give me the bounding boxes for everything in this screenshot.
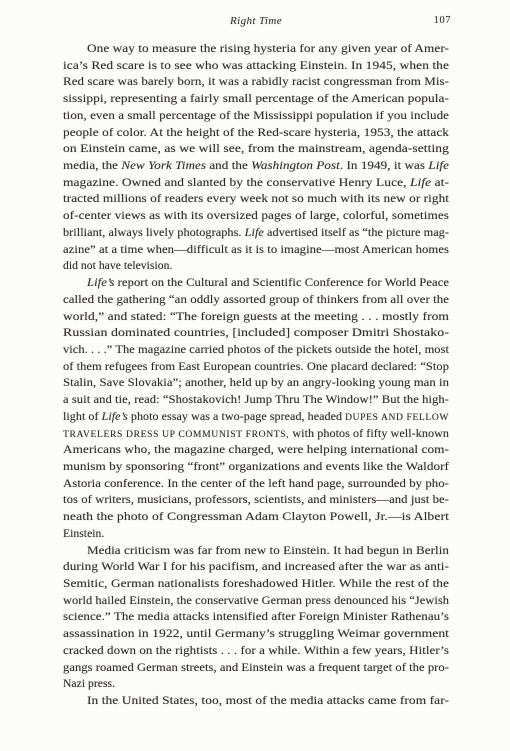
body-text: at- bbox=[431, 176, 449, 189]
italic-text: Life bbox=[410, 176, 431, 189]
text-line: Red scare was barely born, it was a rabi… bbox=[63, 74, 449, 91]
body-text: Nazi press. bbox=[63, 677, 115, 690]
text-line: people of color. At the height of the Re… bbox=[63, 125, 449, 142]
body-text: Media criticism was far from new to Eins… bbox=[87, 544, 449, 557]
text-line: during World War I for his pacifism, and… bbox=[63, 559, 449, 576]
page-header: Right Time 107 bbox=[63, 15, 449, 27]
body-text: tos of writers, musicians, professors, s… bbox=[63, 493, 449, 506]
text-line: vich. . . .” The magazine carried photos… bbox=[63, 342, 449, 359]
text-line: did not have television. bbox=[63, 258, 449, 275]
text-line: Americans who, the magazine charged, wer… bbox=[63, 442, 449, 459]
body-text: gangs roamed German streets, and Einstei… bbox=[63, 661, 449, 674]
body-text: during World War I for his pacifism, and… bbox=[63, 560, 449, 573]
body-text: a suit and tie, read: “Shostakovich! Jum… bbox=[63, 393, 449, 406]
body-text: Red scare was barely born, it was a rabi… bbox=[63, 75, 449, 88]
body-text: of them refugees from East European coun… bbox=[63, 360, 449, 373]
text-line: ica’s Red scare is to see who was attack… bbox=[63, 58, 449, 75]
body-text: . In 1949, it was bbox=[340, 159, 429, 172]
body-text: of-center views as with its oversized pa… bbox=[63, 209, 449, 222]
text-line: Einstein. bbox=[63, 526, 449, 543]
body-text: advertised itself as “the picture mag- bbox=[264, 226, 449, 239]
italic-text: Life’s bbox=[102, 410, 128, 423]
body-text: Russian dominated countries, [included] … bbox=[63, 326, 449, 339]
text-line: media, the New York Times and the Washin… bbox=[63, 158, 449, 175]
text-line: Media criticism was far from new to Eins… bbox=[63, 543, 449, 560]
body-text: cracked down on the rightists . . . for … bbox=[63, 644, 449, 657]
text-line: Nazi press. bbox=[63, 676, 449, 693]
text-line: tracted millions of readers every week n… bbox=[63, 191, 449, 208]
body-text: did not have television. bbox=[63, 259, 172, 272]
body-text: and the bbox=[206, 159, 251, 172]
body-text: with photos of fifty well-known bbox=[289, 427, 449, 440]
body-text: Einstein. bbox=[63, 527, 104, 540]
text-line: In the United States, too, most of the m… bbox=[63, 693, 449, 710]
page-body: One way to measure the rising hysteria f… bbox=[63, 41, 449, 710]
text-line: on Einstein came, as we will see, from t… bbox=[63, 141, 449, 158]
text-line: magazine. Owned and slanted by the conse… bbox=[63, 175, 449, 192]
running-title: Right Time bbox=[230, 15, 282, 27]
text-line: gangs roamed German streets, and Einstei… bbox=[63, 660, 449, 677]
text-line: tion, even a small percentage of the Mis… bbox=[63, 108, 449, 125]
body-text: on Einstein came, as we will see, from t… bbox=[63, 142, 449, 155]
text-line: science.” The media attacks intensified … bbox=[63, 609, 449, 626]
text-line: Stalin, Save Slovakia”; another, held up… bbox=[63, 375, 449, 392]
body-text: light of bbox=[63, 410, 102, 423]
body-text: neath the photo of Congressman Adam Clay… bbox=[63, 510, 449, 523]
text-line: brilliant, always lively photographs. Li… bbox=[63, 225, 449, 242]
body-text: science.” The media attacks intensified … bbox=[63, 610, 449, 623]
text-line: munism by sponsoring “front” organizatio… bbox=[63, 459, 449, 476]
text-line: of-center views as with its oversized pa… bbox=[63, 208, 449, 225]
body-text: One way to measure the rising hysteria f… bbox=[87, 42, 449, 55]
body-text: photo essay was a two-page spread, heade… bbox=[128, 410, 345, 423]
italic-text: Life’s bbox=[87, 276, 114, 289]
body-text: tion, even a small percentage of the Mis… bbox=[63, 109, 449, 122]
page-number: 107 bbox=[434, 15, 451, 26]
text-line: world hailed Einstein, the conservative … bbox=[63, 593, 449, 610]
text-line: assassination in 1922, until Germany’s s… bbox=[63, 626, 449, 643]
body-text: Astoria conference. In the center of the… bbox=[63, 477, 449, 490]
book-page: Right Time 107 One way to measure the ri… bbox=[0, 0, 510, 751]
text-line: Astoria conference. In the center of the… bbox=[63, 476, 449, 493]
text-line: light of Life’s photo essay was a two-pa… bbox=[63, 409, 449, 426]
body-text: sissippi, representing a fairly small pe… bbox=[63, 92, 449, 105]
italic-text: Life bbox=[428, 159, 449, 172]
text-line: azine” at a time when—difficult as it is… bbox=[63, 242, 449, 259]
text-line: Russian dominated countries, [included] … bbox=[63, 325, 449, 342]
text-line: TRAVELERS DRESS UP COMMUNIST FRONTS, wit… bbox=[63, 426, 449, 443]
body-text: world hailed Einstein, the conservative … bbox=[63, 594, 449, 607]
text-line: neath the photo of Congressman Adam Clay… bbox=[63, 509, 449, 526]
text-line: a suit and tie, read: “Shostakovich! Jum… bbox=[63, 392, 449, 409]
text-line: One way to measure the rising hysteria f… bbox=[63, 41, 449, 58]
text-line: world,” and stated: “The foreign guests … bbox=[63, 309, 449, 326]
body-text: tracted millions of readers every week n… bbox=[63, 192, 449, 205]
italic-text: New York Times bbox=[121, 159, 206, 172]
body-text: ica’s Red scare is to see who was attack… bbox=[63, 59, 449, 72]
italic-text: Life bbox=[245, 226, 264, 239]
body-text: called the gathering “an oddly assorted … bbox=[63, 293, 449, 306]
body-text: Americans who, the magazine charged, wer… bbox=[63, 443, 449, 456]
text-line: sissippi, representing a fairly small pe… bbox=[63, 91, 449, 108]
body-text: munism by sponsoring “front” organizatio… bbox=[63, 460, 449, 473]
body-text: Semitic, German nationalists foreshadowe… bbox=[63, 577, 449, 590]
body-text: azine” at a time when—difficult as it is… bbox=[63, 243, 449, 256]
body-text: world,” and stated: “The foreign guests … bbox=[63, 310, 449, 323]
text-line: cracked down on the rightists . . . for … bbox=[63, 643, 449, 660]
smallcaps-text: DUPES AND FELLOW bbox=[345, 412, 449, 422]
body-text: vich. . . .” The magazine carried photos… bbox=[63, 343, 449, 356]
text-line: Life’s report on the Cultural and Scient… bbox=[63, 275, 449, 292]
body-text: people of color. At the height of the Re… bbox=[63, 126, 449, 139]
smallcaps-text: TRAVELERS DRESS UP COMMUNIST FRONTS, bbox=[63, 429, 289, 439]
body-text: assassination in 1922, until Germany’s s… bbox=[63, 627, 449, 640]
italic-text: Washington Post bbox=[251, 159, 340, 172]
body-text: magazine. Owned and slanted by the conse… bbox=[63, 176, 410, 189]
body-text: In the United States, too, most of the m… bbox=[87, 694, 449, 707]
body-text: brilliant, always lively photographs. bbox=[63, 226, 245, 239]
text-line: tos of writers, musicians, professors, s… bbox=[63, 492, 449, 509]
text-line: of them refugees from East European coun… bbox=[63, 359, 449, 376]
body-text: Stalin, Save Slovakia”; another, held up… bbox=[63, 376, 449, 389]
text-line: Semitic, German nationalists foreshadowe… bbox=[63, 576, 449, 593]
text-line: called the gathering “an oddly assorted … bbox=[63, 292, 449, 309]
body-text: media, the bbox=[63, 159, 121, 172]
body-text: report on the Cultural and Scientific Co… bbox=[114, 276, 449, 289]
